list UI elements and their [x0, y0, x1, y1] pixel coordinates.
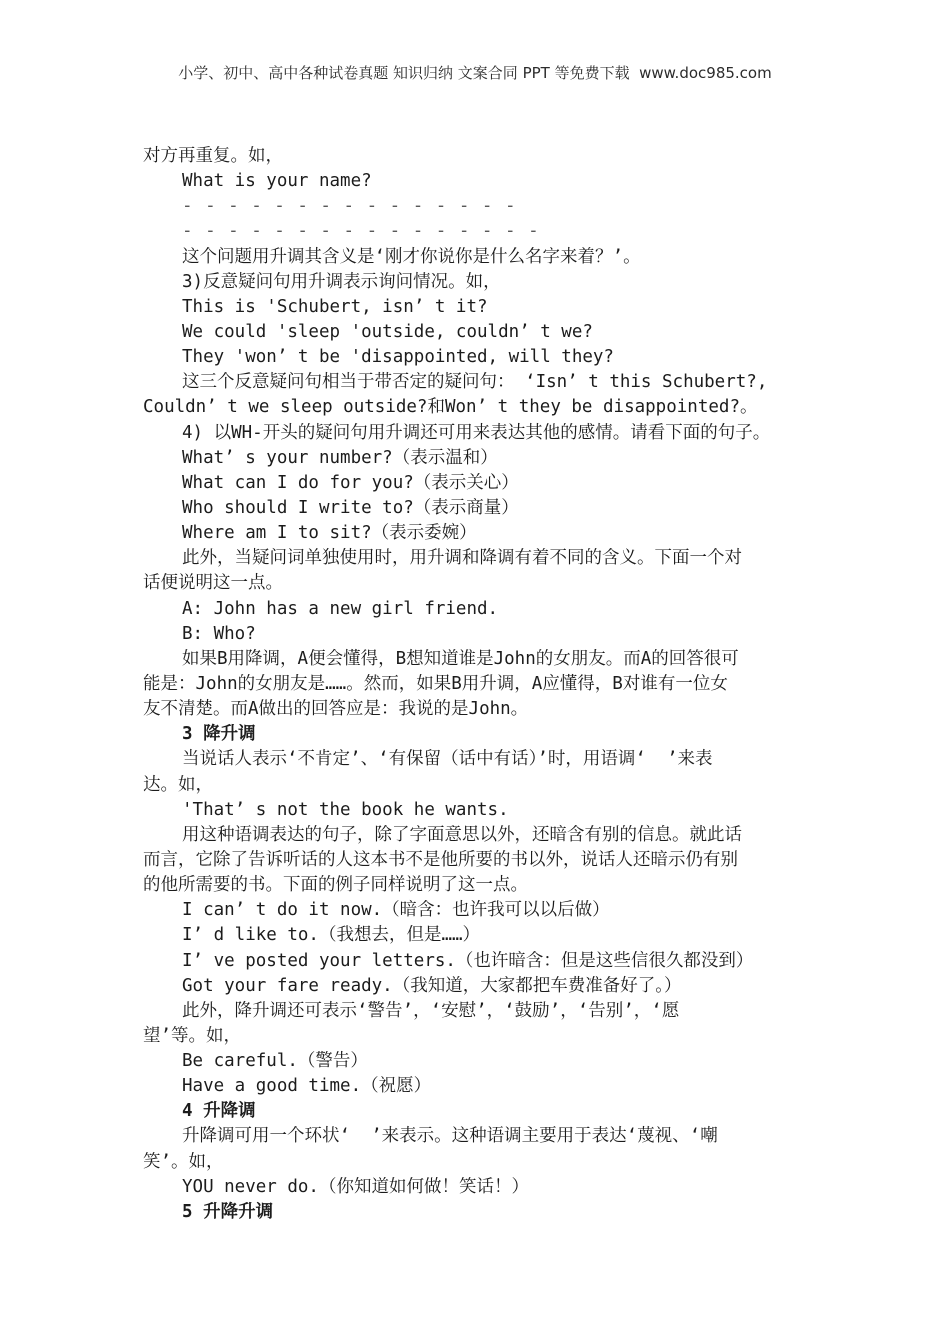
section-heading: 3 降升调 [143, 722, 843, 747]
section-heading: 5 升降升调 [143, 1200, 843, 1225]
document-page: 小学、初中、高中各种试卷真题 知识归纳 文案合同 PPT 等免费下载 www.d… [0, 0, 950, 1344]
document-body: 对方再重复。如，What is your name?- - - - - - - … [143, 144, 843, 1225]
text-line: 能是：John的女朋友是……。然而，如果B用升调，A应懂得，B对谁有一位女 [143, 672, 843, 697]
text-line: 此外，降升调还可表示‘警告’，‘安慰’，‘鼓励’，‘告别’，‘愿 [143, 999, 843, 1024]
text-line: 4) 以WH-开头的疑问句用升调还可用来表达其他的感情。请看下面的句子。 [143, 421, 843, 446]
text-line: 这三个反意疑问句相当于带否定的疑问句： ‘Isn’ t this Schuber… [143, 370, 843, 395]
text-line: 笑’。如， [143, 1150, 843, 1175]
text-line: I’ ve posted your letters.（也许暗含：但是这些信很久都… [143, 949, 843, 974]
text-line: 此外，当疑问词单独使用时，用升调和降调有着不同的含义。下面一个对 [143, 546, 843, 571]
text-line: Be careful.（警告） [143, 1049, 843, 1074]
text-line: 而言，它除了告诉听话的人这本书不是他所要的书以外，说话人还暗示仍有别 [143, 848, 843, 873]
text-line: 如果B用降调，A便会懂得，B想知道谁是John的女朋友。而A的回答很可 [143, 647, 843, 672]
text-line: 达。如， [143, 773, 843, 798]
text-line: 'That’ s not the book he wants. [143, 798, 843, 823]
text-line: What is your name? [143, 169, 843, 194]
dashed-line: - - - - - - - - - - - - - - - [143, 194, 843, 219]
text-line: 望’等。如， [143, 1024, 843, 1049]
text-line: A: John has a new girl friend. [143, 597, 843, 622]
text-line: 的他所需要的书。下面的例子同样说明了这一点。 [143, 873, 843, 898]
text-line: Got your fare ready.（我知道，大家都把车费准备好了。） [143, 974, 843, 999]
text-line: 话便说明这一点。 [143, 571, 843, 596]
text-line: 升降调可用一个环状‘ ’来表示。这种语调主要用于表达‘蔑视、‘嘲 [143, 1124, 843, 1149]
text-line: What’ s your number?（表示温和） [143, 446, 843, 471]
text-line: 用这种语调表达的句子，除了字面意思以外，还暗含有别的信息。就此话 [143, 823, 843, 848]
text-line: 友不清楚。而A做出的回答应是：我说的是John。 [143, 697, 843, 722]
text-line: They 'won’ t be 'disappointed, will they… [143, 345, 843, 370]
text-line: Couldn’ t we sleep outside?和Won’ t they … [143, 395, 843, 420]
text-line: I can’ t do it now.（暗含：也许我可以以后做） [143, 898, 843, 923]
text-line: This is 'Schubert, isn’ t it? [143, 295, 843, 320]
text-line: 当说话人表示‘不肯定’、‘有保留（话中有话）’时，用语调‘ ’来表 [143, 747, 843, 772]
site-header-text: 小学、初中、高中各种试卷真题 知识归纳 文案合同 PPT 等免费下载 www.d… [0, 62, 950, 83]
text-line: B: Who? [143, 622, 843, 647]
text-line: I’ d like to.（我想去，但是……） [143, 923, 843, 948]
text-line: 这个问题用升调其含义是‘刚才你说你是什么名字来着？’。 [143, 245, 843, 270]
dashed-line: - - - - - - - - - - - - - - - - [143, 219, 843, 244]
text-line: Who should I write to?（表示商量） [143, 496, 843, 521]
text-line: 3)反意疑问句用升调表示询问情况。如， [143, 270, 843, 295]
section-heading: 4 升降调 [143, 1099, 843, 1124]
text-line: 对方再重复。如， [143, 144, 843, 169]
text-line: What can I do for you?（表示关心） [143, 471, 843, 496]
text-line: Have a good time.（祝愿） [143, 1074, 843, 1099]
text-line: Where am I to sit?（表示委婉） [143, 521, 843, 546]
text-line: We could 'sleep 'outside, couldn’ t we? [143, 320, 843, 345]
text-line: YOU never do.（你知道如何做！笑话！） [143, 1175, 843, 1200]
